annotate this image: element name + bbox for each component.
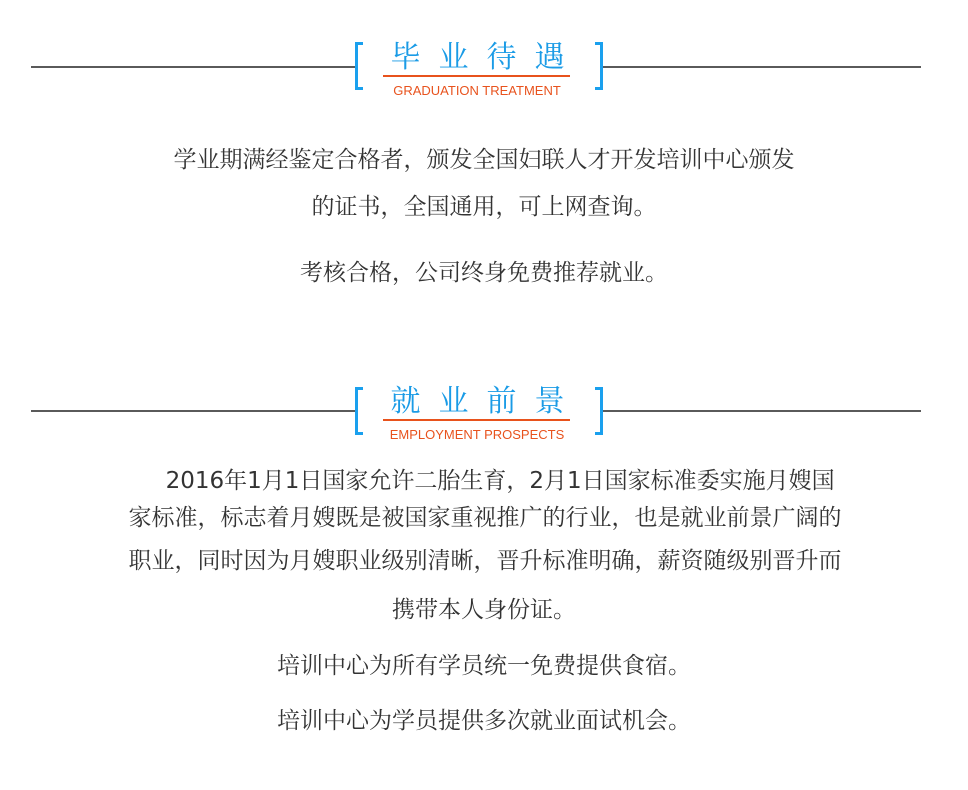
section-header-employment: 就业前景 EMPLOYMENT PROSPECTS bbox=[0, 385, 968, 445]
prospects-line-1: 2016年1月1日国家允许二胎生育，2月1日国家标准委实施月嫂国 bbox=[50, 460, 920, 503]
divider-line-right bbox=[603, 66, 921, 68]
left-bracket-decoration bbox=[355, 42, 363, 90]
section-title-en: GRADUATION TREATMENT bbox=[366, 83, 588, 99]
paragraph-interview-opportunities: 培训中心为学员提供多次就业面试机会。 bbox=[0, 706, 968, 736]
prospects-line-2: 家标准，标志着月嫂既是被国家重视推广的行业，也是就业前景广阔的 bbox=[50, 503, 920, 546]
right-bracket-decoration bbox=[595, 42, 603, 90]
prospects-line-3: 职业，同时因为月嫂职业级别清晰，晋升标准明确，薪资随级别晋升而 bbox=[50, 546, 920, 582]
paragraph-certificate-line1: 学业期满经鉴定合格者，颁发全国妇联人才开发培训中心颁发 bbox=[0, 145, 968, 175]
right-bracket-decoration bbox=[595, 387, 603, 435]
section-title-cn: 就业前景 bbox=[370, 385, 585, 419]
employment-prospects-text-clipped: 2016年1月1日国家允许二胎生育，2月1日国家标准委实施月嫂国 家标准，标志着… bbox=[50, 460, 920, 582]
paragraph-certificate-line2: 的证书，全国通用，可上网查询。 bbox=[0, 192, 968, 222]
paragraph-employment-recommendation: 考核合格，公司终身免费推荐就业。 bbox=[0, 258, 968, 288]
divider-line-right bbox=[603, 410, 921, 412]
paragraph-free-accommodation: 培训中心为所有学员统一免费提供食宿。 bbox=[0, 651, 968, 681]
section-title-en: EMPLOYMENT PROSPECTS bbox=[366, 427, 588, 443]
title-underline bbox=[383, 75, 570, 77]
left-bracket-decoration bbox=[355, 387, 363, 435]
section-header-graduation: 毕业待遇 GRADUATION TREATMENT bbox=[0, 40, 968, 100]
paragraph-id-card: 携带本人身份证。 bbox=[0, 595, 968, 625]
divider-line-left bbox=[31, 66, 355, 68]
title-underline bbox=[383, 419, 570, 421]
divider-line-left bbox=[31, 410, 355, 412]
section-title-cn: 毕业待遇 bbox=[370, 41, 585, 75]
